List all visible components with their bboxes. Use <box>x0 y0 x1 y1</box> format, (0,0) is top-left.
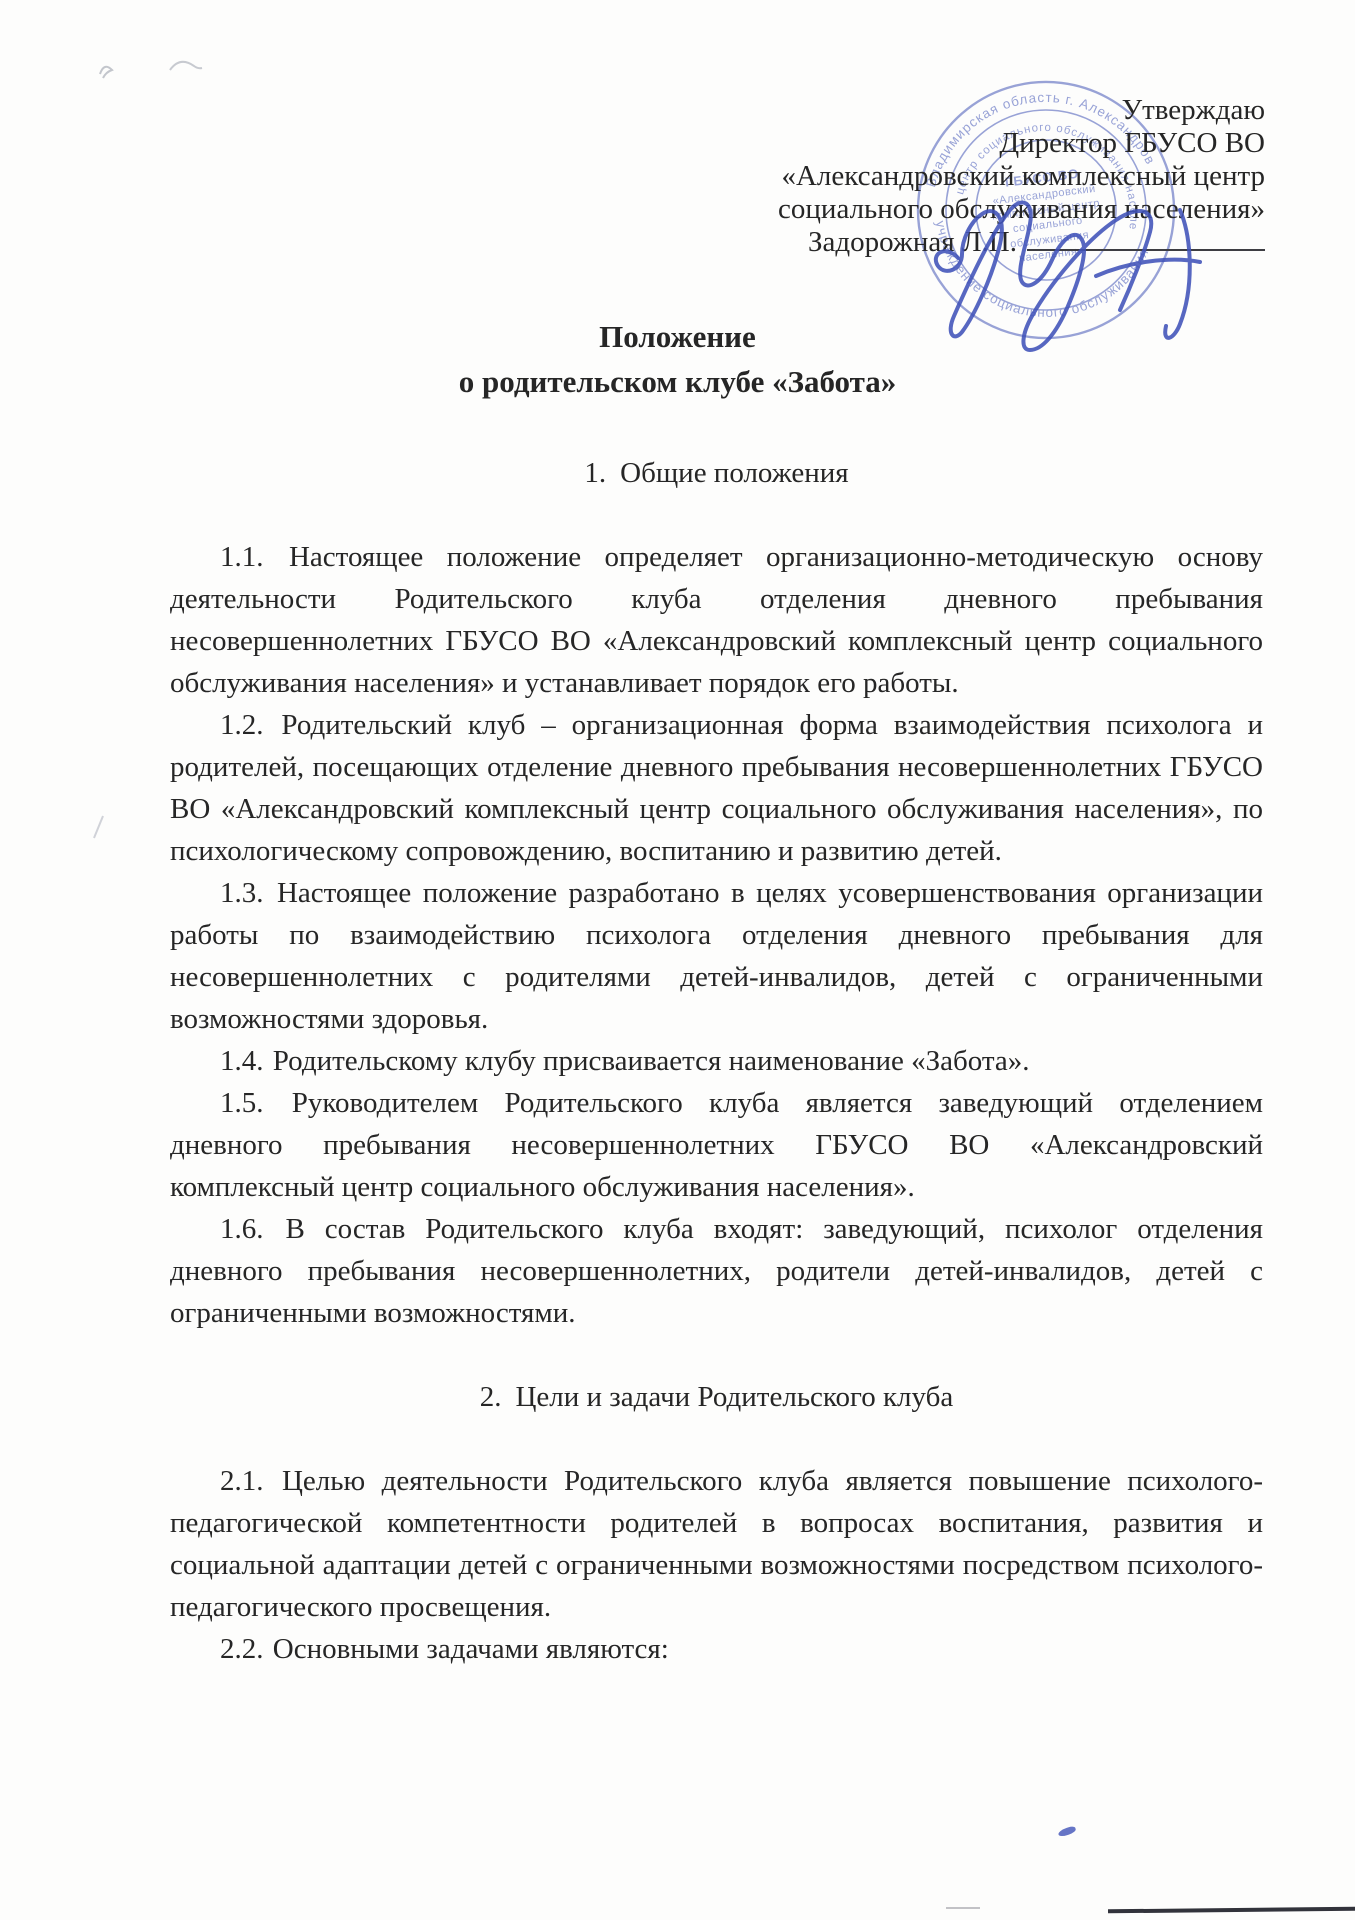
paragraph-text: Целью деятельности Родительского клуба я… <box>170 1465 1263 1623</box>
paragraph-number: 2.2. <box>220 1633 264 1665</box>
paragraph-text: Основными задачами являются: <box>273 1633 669 1665</box>
paragraph-text: Настоящее положение определяет организац… <box>170 541 1263 699</box>
paragraph-1-2: 1.2. Родительский клуб – организационная… <box>170 704 1263 872</box>
paragraph-2-1: 2.1. Целью деятельности Родительского кл… <box>170 1460 1263 1628</box>
paragraph-1-6: 1.6. В состав Родительского клуба входят… <box>170 1208 1263 1334</box>
paragraph-text: Руководителем Родительского клуба являет… <box>170 1087 1263 1203</box>
paragraph-text: В состав Родительского клуба входят: зав… <box>170 1213 1263 1329</box>
paragraph-number: 2.1. <box>220 1465 264 1497</box>
signature-stroke <box>936 202 1200 350</box>
paragraph-2-2: 2.2. Основными задачами являются: <box>170 1628 1263 1670</box>
pencil-smudge-right <box>170 62 202 70</box>
paragraph-number: 1.4. <box>220 1045 264 1077</box>
title-line-2: о родительском клубе «Забота» <box>0 359 1355 404</box>
paragraph-1-3: 1.3. Настоящее положение разработано в ц… <box>170 872 1263 1040</box>
paragraph-text: Родительскому клубу присваивается наимен… <box>273 1045 1030 1077</box>
paragraph-number: 1.2. <box>220 709 264 741</box>
ink-speck-artifact <box>1057 1825 1076 1837</box>
paragraph-number: 1.6. <box>220 1213 264 1245</box>
pencil-smudge-left <box>100 67 112 78</box>
paragraph-number: 1.3. <box>220 877 264 909</box>
paragraph-1-4: 1.4. Родительскому клубу присваивается н… <box>170 1040 1263 1082</box>
tick-stroke <box>94 816 103 838</box>
section-heading-2: 2.Цели и задачи Родительского клуба <box>170 1376 1263 1418</box>
scanned-document-page: Владимирская область г. Александров учре… <box>0 0 1355 1920</box>
paragraph-number: 1.1. <box>220 541 264 573</box>
paragraph-1-1: 1.1. Настоящее положение определяет орга… <box>170 536 1263 704</box>
scan-edge-line <box>1108 1907 1355 1914</box>
paragraph-text: Настоящее положение разработано в целях … <box>170 877 1263 1035</box>
approval-line-approve: Утверждаю <box>778 94 1265 127</box>
section-1-number: 1. <box>584 457 606 489</box>
document-body: 1.Общие положения 1.1. Настоящее положен… <box>170 452 1263 1670</box>
pencil-smudge-marks <box>92 48 222 92</box>
paragraph-1-5: 1.5. Руководителем Родительского клуба я… <box>170 1082 1263 1208</box>
margin-tick-mark <box>88 810 110 842</box>
paragraph-number: 1.5. <box>220 1087 264 1119</box>
section-1-title: Общие положения <box>620 457 848 489</box>
approval-line-director: Директор ГБУСО ВО <box>778 127 1265 160</box>
scan-edge-faint-mark <box>946 1907 980 1909</box>
handwritten-signature <box>928 182 1258 362</box>
paragraph-text: Родительский клуб – организационная форм… <box>170 709 1263 867</box>
section-heading-1: 1.Общие положения <box>170 452 1263 494</box>
section-2-number: 2. <box>480 1381 502 1413</box>
section-2-title: Цели и задачи Родительского клуба <box>515 1381 953 1413</box>
